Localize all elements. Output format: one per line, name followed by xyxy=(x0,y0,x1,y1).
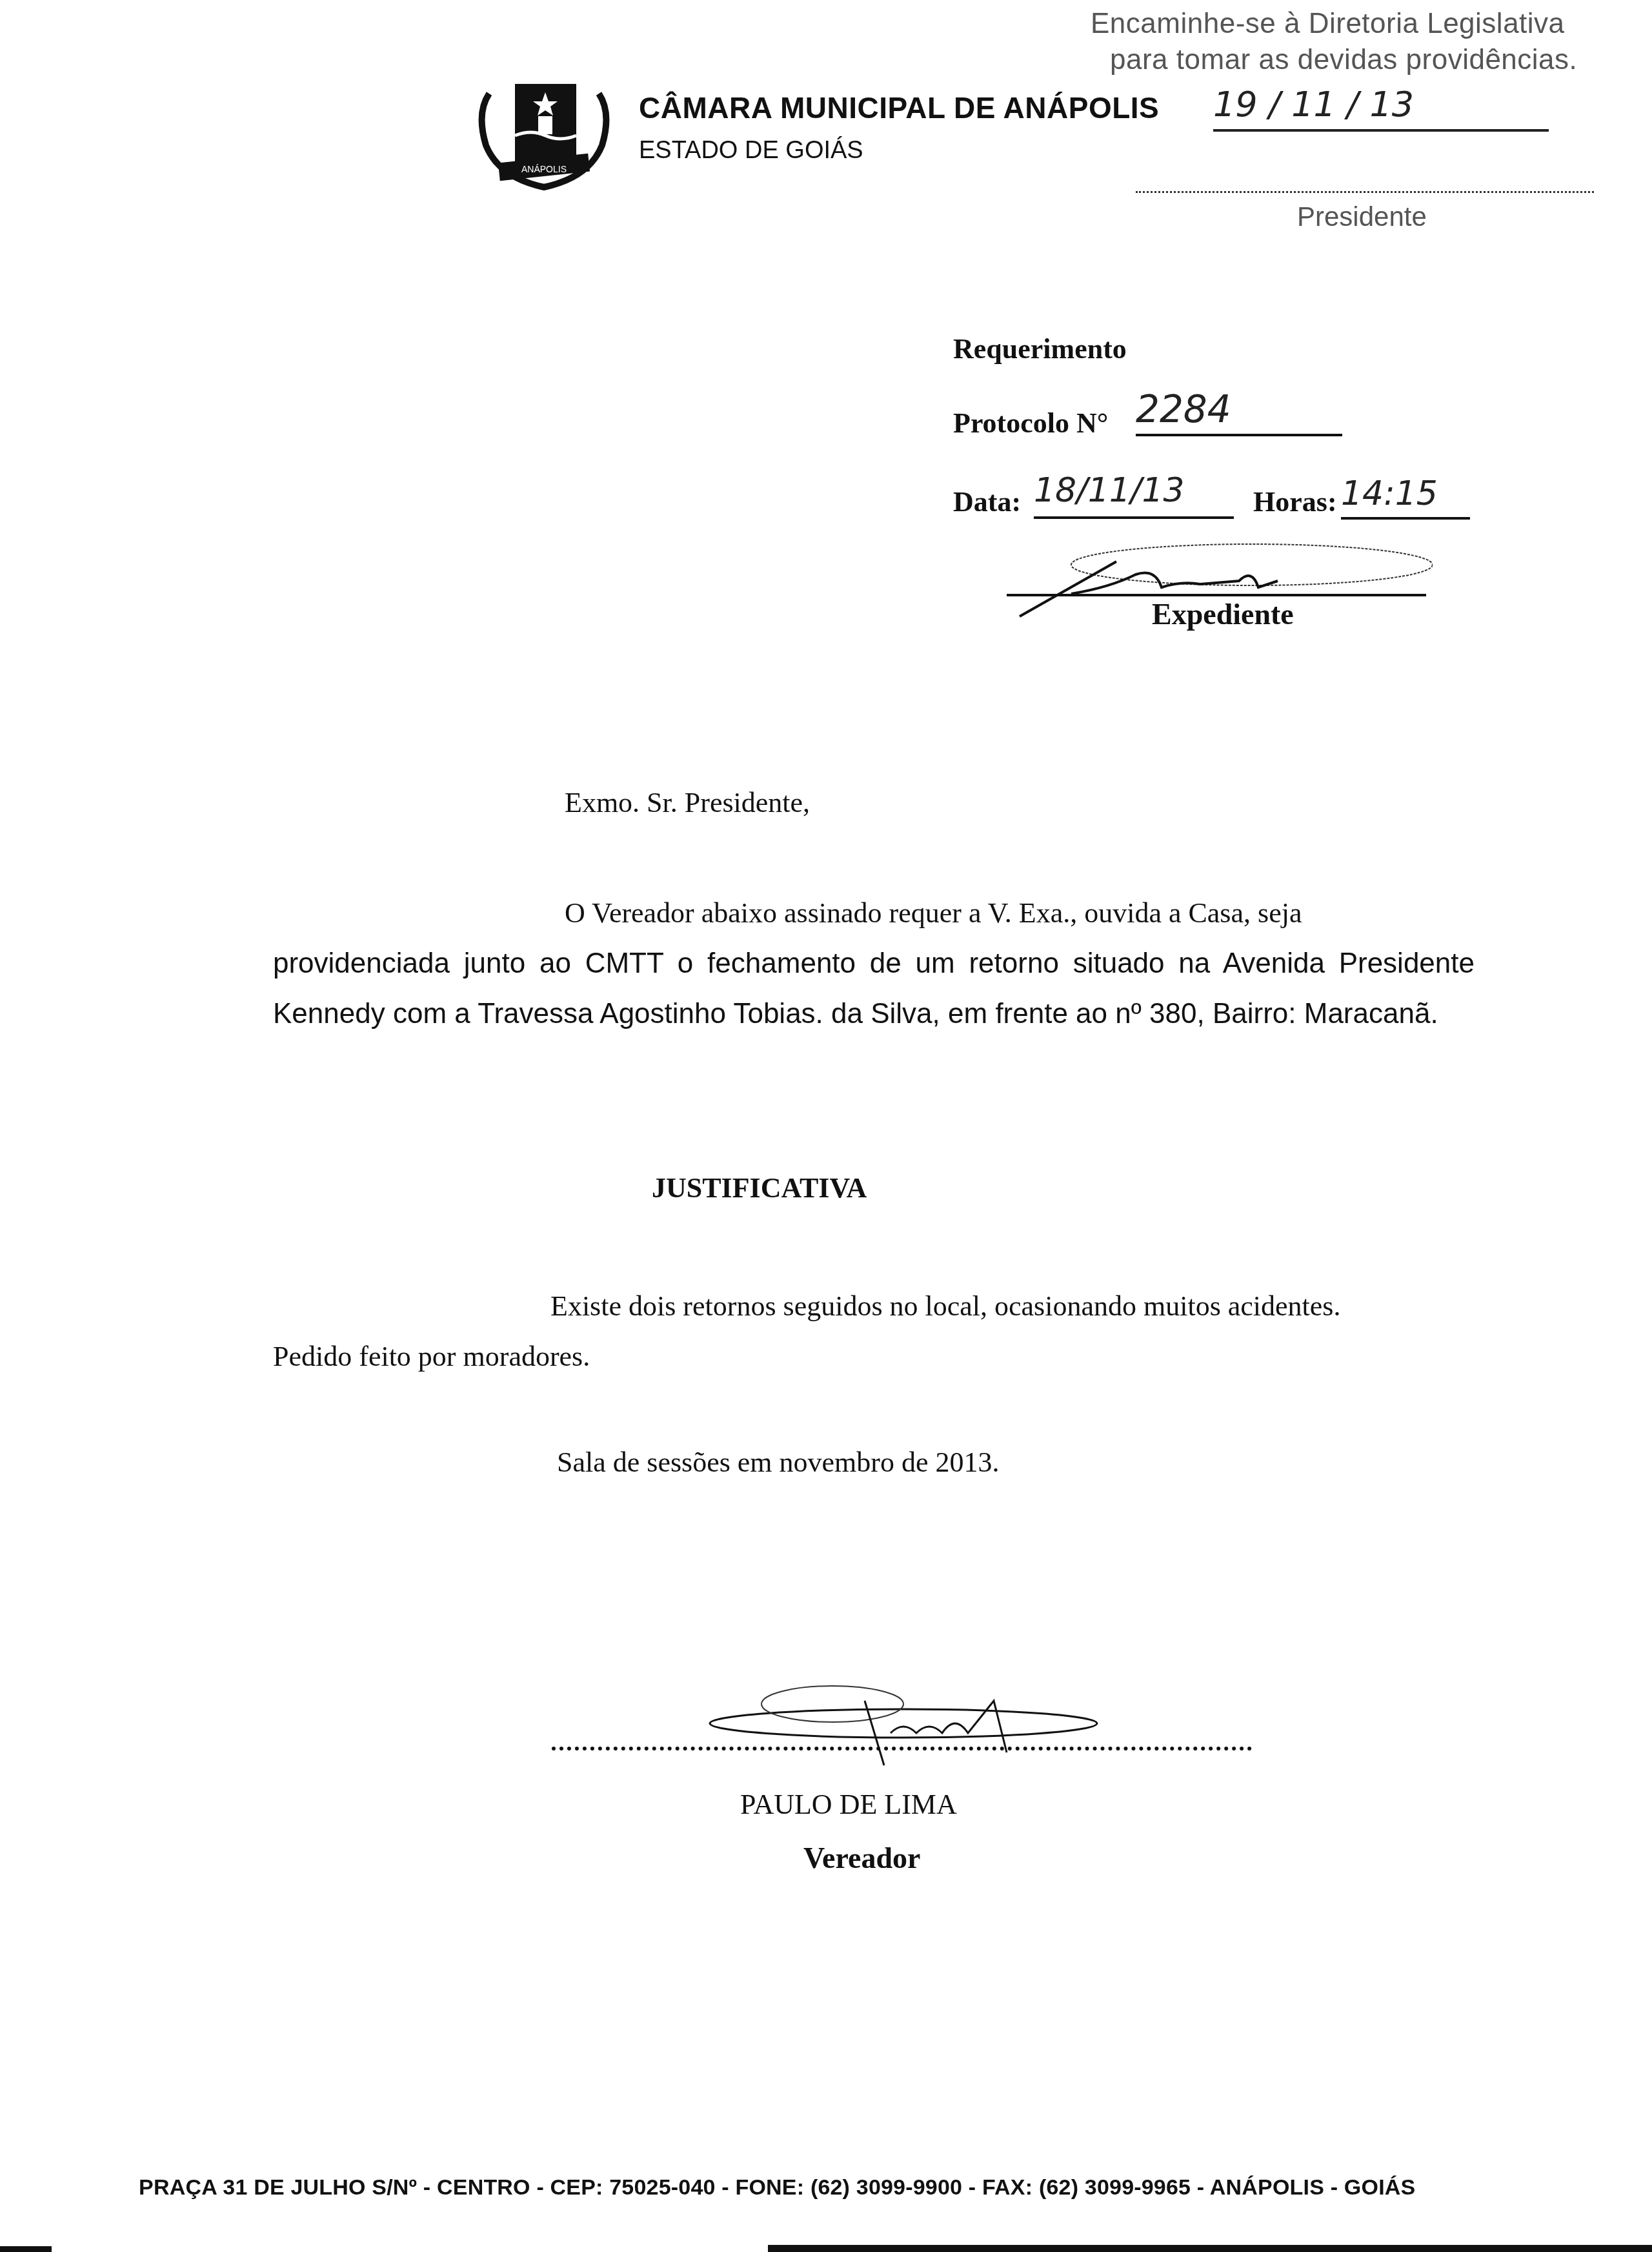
coat-of-arms-icon: ANÁPOLIS xyxy=(470,55,618,194)
councilman-signature-icon xyxy=(671,1675,1174,1772)
date-value: 18/11/13 xyxy=(1034,471,1234,519)
org-name: CÂMARA MUNICIPAL DE ANÁPOLIS xyxy=(639,90,1159,125)
closing-line: Sala de sessões em novembro de 2013. xyxy=(557,1446,1000,1479)
dispatch-date-handwritten: 19 / 11 / 13 xyxy=(1213,84,1414,125)
scan-edge-mark xyxy=(768,2245,1652,2252)
president-signature-line xyxy=(1136,191,1594,193)
dispatch-stamp-line1: Encaminhe-se à Diretoria Legislativa xyxy=(1091,8,1565,40)
document-type-title: Requerimento xyxy=(953,332,1127,365)
president-label: Presidente xyxy=(1297,201,1427,232)
scan-edge-mark xyxy=(0,2246,52,2252)
hours-label: Horas: xyxy=(1253,485,1337,518)
date-label: Data: xyxy=(953,485,1021,518)
request-paragraph: O Vereador abaixo assinado requer a V. E… xyxy=(273,888,1475,1039)
signature-line xyxy=(552,1747,1252,1750)
justification-first-line: Existe dois retornos seguidos no local, … xyxy=(273,1281,1475,1332)
footer-address: PRAÇA 31 DE JULHO S/Nº - CENTRO - CEP: 7… xyxy=(139,2175,1415,2200)
justification-body: Pedido feito por moradores. xyxy=(273,1341,590,1372)
signer-role: Vereador xyxy=(803,1841,920,1875)
protocol-label: Protocolo N° xyxy=(953,407,1108,440)
salutation: Exmo. Sr. Presidente, xyxy=(565,786,810,819)
justification-paragraph: Existe dois retornos seguidos no local, … xyxy=(273,1281,1475,1382)
hours-value: 14:15 xyxy=(1341,474,1470,520)
department-label: Expediente xyxy=(1152,597,1294,631)
svg-text:ANÁPOLIS: ANÁPOLIS xyxy=(521,164,567,174)
justification-title: JUSTIFICATIVA xyxy=(652,1172,867,1204)
request-first-line: O Vereador abaixo assinado requer a V. E… xyxy=(273,888,1475,938)
dispatch-stamp-line2: para tomar as devidas providências. xyxy=(1110,44,1577,76)
clerk-signature-line xyxy=(1007,594,1426,596)
protocol-number: 2284 xyxy=(1136,387,1342,436)
request-body: providenciada junto ao CMTT o fechamento… xyxy=(273,948,1475,1030)
dispatch-stamp-date: 19 / 11 / 13 xyxy=(1213,84,1549,132)
signer-name: PAULO DE LIMA xyxy=(740,1788,957,1821)
org-state: ESTADO DE GOIÁS xyxy=(639,137,863,165)
